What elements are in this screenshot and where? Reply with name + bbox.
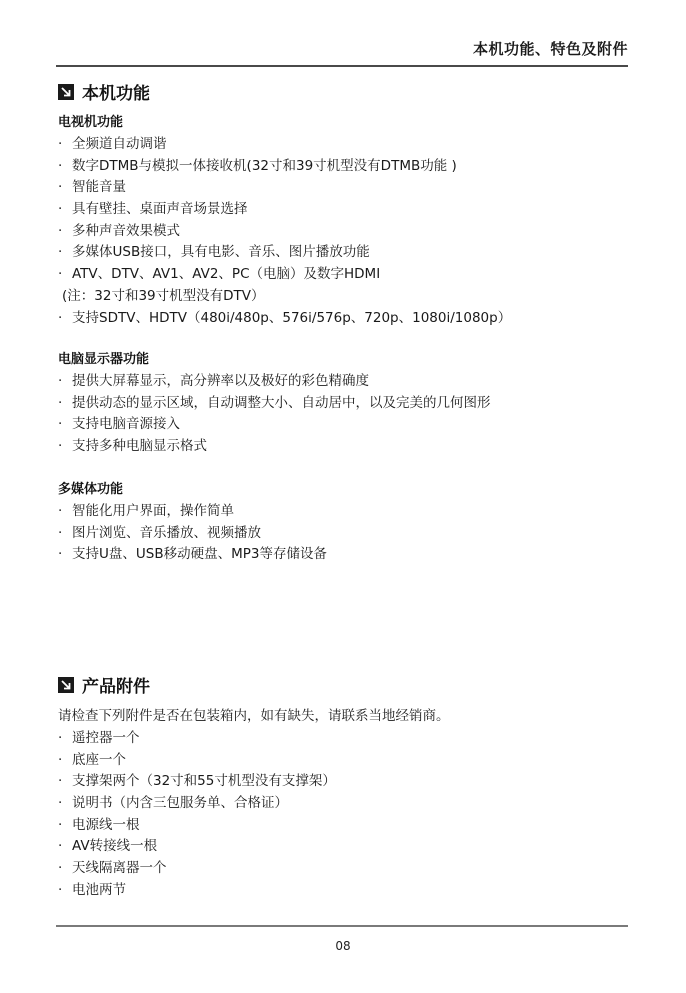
list-item: ·全频道自动调谐 (58, 134, 511, 156)
feature-group-tv: 电视机功能 ·全频道自动调谐 ·数字DTMB与模拟一体接收机(32寸和39寸机型… (58, 112, 511, 329)
accessories-list: ·遥控器一个 ·底座一个 ·支撑架两个（32寸和55寸机型没有支撑架） ·说明书… (58, 728, 450, 902)
list-item: ·提供大屏幕显示，高分辨率以及极好的彩色精确度 (58, 371, 491, 393)
list-item: ·支持U盘、USB移动硬盘、MP3等存储设备 (58, 544, 327, 566)
list-item: ·提供动态的显示区域，自动调整大小、自动居中，以及完美的几何图形 (58, 393, 491, 415)
manual-page: 本机功能、特色及附件 本机功能 电视机功能 ·全频道自动调谐 ·数字DTMB与模… (0, 0, 686, 993)
list-item: ·图片浏览、音乐播放、视频播放 (58, 523, 327, 545)
arrow-box-icon (58, 84, 74, 100)
arrow-box-icon (58, 677, 74, 693)
list-item: ·支持SDTV、HDTV（480i/480p、576i/576p、720p、10… (58, 308, 511, 330)
list-item: ·智能化用户界面，操作简单 (58, 501, 327, 523)
list-item: ·说明书（内含三包服务单、合格证） (58, 793, 450, 815)
group-title: 多媒体功能 (58, 479, 327, 501)
list-item: ·电池两节 (58, 880, 450, 902)
section-title-features: 本机功能 (58, 79, 150, 104)
section-title-accessories: 产品附件 (58, 672, 150, 697)
feature-group-pc-monitor: 电脑显示器功能 ·提供大屏幕显示，高分辨率以及极好的彩色精确度 ·提供动态的显示… (58, 349, 491, 458)
list-item: ·AV转接线一根 (58, 836, 450, 858)
header-rule (56, 65, 628, 67)
accessories-intro: 请检查下列附件是否在包装箱内，如有缺失，请联系当地经销商。 (58, 704, 450, 728)
list-item: ·具有壁挂、桌面声音场景选择 (58, 199, 511, 221)
page-number: 08 (0, 939, 686, 953)
feature-list: ·全频道自动调谐 ·数字DTMB与模拟一体接收机(32寸和39寸机型没有DTMB… (58, 134, 511, 329)
list-item: ·遥控器一个 (58, 728, 450, 750)
list-item: ·数字DTMB与模拟一体接收机(32寸和39寸机型没有DTMB功能 ) (58, 156, 511, 178)
list-item: ·底座一个 (58, 750, 450, 772)
footer-rule (56, 925, 628, 927)
list-item: ·支撑架两个（32寸和55寸机型没有支撑架） (58, 771, 450, 793)
feature-group-multimedia: 多媒体功能 ·智能化用户界面，操作简单 ·图片浏览、音乐播放、视频播放 ·支持U… (58, 479, 327, 566)
list-item: ·电源线一根 (58, 815, 450, 837)
list-item-note: (注：32寸和39寸机型没有DTV） (58, 286, 511, 308)
accessories-block: 请检查下列附件是否在包装箱内，如有缺失，请联系当地经销商。 ·遥控器一个 ·底座… (58, 704, 450, 902)
section-title-text: 产品附件 (82, 672, 150, 697)
list-item: ·智能音量 (58, 177, 511, 199)
running-header: 本机功能、特色及附件 (473, 38, 628, 59)
group-title: 电视机功能 (58, 112, 511, 134)
group-title: 电脑显示器功能 (58, 349, 491, 371)
feature-list: ·提供大屏幕显示，高分辨率以及极好的彩色精确度 ·提供动态的显示区域，自动调整大… (58, 371, 491, 458)
section-title-text: 本机功能 (82, 79, 150, 104)
list-item: ·支持多种电脑显示格式 (58, 436, 491, 458)
list-item: ·支持电脑音源接入 (58, 414, 491, 436)
feature-list: ·智能化用户界面，操作简单 ·图片浏览、音乐播放、视频播放 ·支持U盘、USB移… (58, 501, 327, 566)
list-item: ·天线隔离器一个 (58, 858, 450, 880)
list-item: ·多媒体USB接口，具有电影、音乐、图片播放功能 (58, 242, 511, 264)
list-item: ·ATV、DTV、AV1、AV2、PC（电脑）及数字HDMI (58, 264, 511, 286)
list-item: ·多种声音效果模式 (58, 221, 511, 243)
